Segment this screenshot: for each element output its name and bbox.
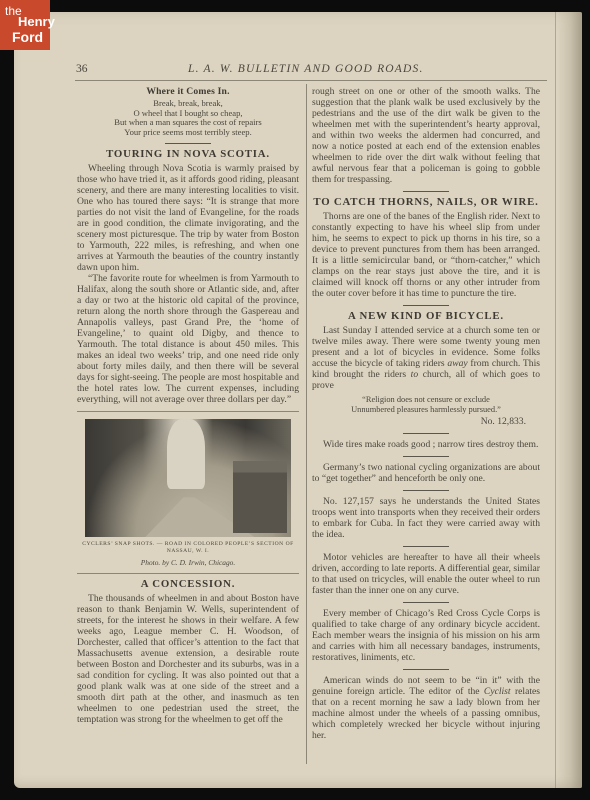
left-column: Where it Comes In. Break, break, break, … <box>77 86 299 725</box>
quote-line: Unnumbered pleasures harmlessly pursued.… <box>312 405 540 415</box>
heading-thorns: TO CATCH THORNS, NAILS, OR WIRE. <box>312 197 540 208</box>
italic-text: away <box>447 358 467 369</box>
member-signoff: No. 12,833. <box>312 416 526 427</box>
section-rule <box>403 490 449 491</box>
quote-line: “Religion does not censure or exclude <box>312 395 540 405</box>
news-item: Motor vehicles are hereafter to have all… <box>312 552 540 596</box>
article-paragraph: “The favorite route for wheelmen is from… <box>77 273 299 405</box>
news-item: American winds do not seem to be “in it”… <box>312 675 540 741</box>
article-paragraph: Thorns are one of the banes of the Engli… <box>312 211 540 299</box>
publication-title: L. A. W. Bulletin and Good Roads. <box>188 63 424 75</box>
page-number: 36 <box>76 63 88 75</box>
article-paragraph: The thousands of wheelmen in and about B… <box>77 593 299 725</box>
heading-touring-nova-scotia: TOURING IN NOVA SCOTIA. <box>77 149 299 160</box>
quotation: “Religion does not censure or exclude Un… <box>312 395 540 414</box>
heading-new-kind-of-bicycle: A NEW KIND OF BICYCLE. <box>312 311 540 322</box>
section-rule <box>403 305 449 306</box>
continued-paragraph: rough street on one or other of the smoo… <box>312 86 540 185</box>
photo-figure: Cyclers’ Snap Shots. — Road in Colored P… <box>77 411 299 574</box>
nassau-road-photo <box>85 419 291 537</box>
article-paragraph: Last Sunday I attended service at a chur… <box>312 325 540 391</box>
italic-text: Cyclist <box>484 686 511 697</box>
photo-credit: Photo. by C. D. Irwin, Chicago. <box>77 557 299 568</box>
heading-a-concession: A CONCESSION. <box>77 579 299 590</box>
section-rule <box>403 191 449 192</box>
running-header: 36 L. A. W. Bulletin and Good Roads. <box>76 63 548 81</box>
article-paragraph: Wheeling through Nova Scotia is warmly p… <box>77 163 299 273</box>
photo-house <box>233 461 287 533</box>
header-rule <box>75 80 547 81</box>
poem-title: Where it Comes In. <box>77 86 299 97</box>
column-divider <box>306 84 307 764</box>
henry-ford-logo: the Henry Ford <box>0 0 50 50</box>
photo-caption: Cyclers’ Snap Shots. — Road in Colored P… <box>77 541 299 555</box>
news-item: No. 127,157 says he understands the Unit… <box>312 496 540 540</box>
right-column: rough street on one or other of the smoo… <box>312 86 540 741</box>
section-rule <box>403 602 449 603</box>
poem-line: Your price seems most terribly steep. <box>77 128 299 138</box>
section-rule <box>403 433 449 434</box>
logo-text-ford: Ford <box>12 30 43 44</box>
news-item: Every member of Chicago’s Red Cross Cycl… <box>312 608 540 663</box>
section-rule <box>403 669 449 670</box>
section-rule <box>165 143 211 144</box>
photo-sky <box>167 419 205 489</box>
news-item: Wide tires make roads good ; narrow tire… <box>312 439 540 450</box>
page-gutter-shadow <box>555 12 582 788</box>
section-rule <box>403 546 449 547</box>
logo-text-henry: Henry <box>18 15 55 28</box>
news-item: Germany’s two national cycling organizat… <box>312 462 540 484</box>
section-rule <box>403 456 449 457</box>
poem: Break, break, break, O wheel that I boug… <box>77 99 299 137</box>
